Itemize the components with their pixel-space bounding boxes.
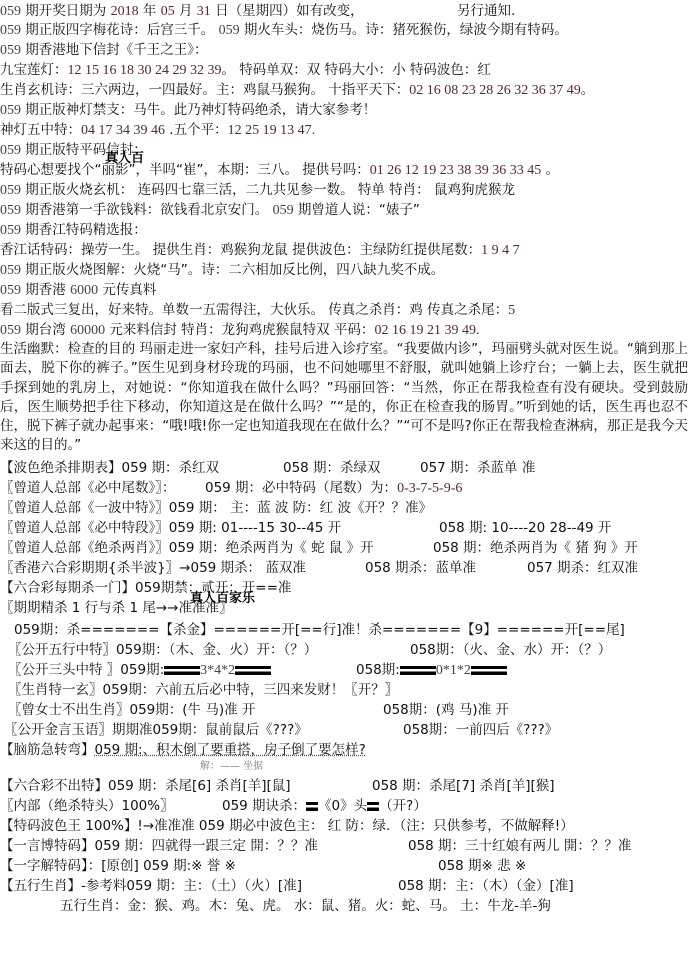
hk-fax-line: 059 期香港 6000 元传真料 bbox=[0, 281, 156, 299]
fax-detail-line: 看二版式三复出，好来特。单数一五需得注，大伙乐。 传真之杀肖：鸡 传真之杀尾：5 bbox=[0, 301, 515, 319]
section-zodiac-mystery: 〖生肖特一玄〗059期：六前五后必中特，三四来发财！〖开？〗 bbox=[8, 681, 398, 699]
section-five-element-zodiac: 【五行生肖】-参考料059 期：主：（土）（火）[准] bbox=[0, 877, 302, 895]
draw-date-line: 059 期开奖日期为 2018 年 05 月 31 日（星期四）如有改变， bbox=[0, 2, 364, 20]
entry-059: [原创] 059 期:※ 誉 ※ bbox=[101, 858, 236, 874]
section-golden-words: 〖公开金言玉语〗期期准059期：鼠前鼠后《???》 bbox=[4, 721, 308, 739]
bar-icon bbox=[400, 666, 412, 675]
entry-059: 059 期：杀红双 bbox=[122, 460, 220, 476]
day: 31 bbox=[197, 4, 211, 19]
entry-058: 058期：一前四后《???》 bbox=[403, 721, 558, 739]
section-title: 【一言博特码】 bbox=[0, 838, 95, 854]
entry-058: 058 期※ 悲 ※ bbox=[438, 857, 526, 875]
text: 期正版火烧玄机： 连码四七靠三活，二九共见参一数。 特单 特肖： 鼠鸡狗虎猴龙 bbox=[21, 182, 515, 198]
zodiac-poem-line: 生肖玄机诗：三六两边，一四最好。主：鸡鼠马猴狗。 十指平天下：02 16 08 … bbox=[0, 81, 594, 99]
taiwan-line: 059 期台湾 60000 元来料信封 特肖：龙狗鸡虎猴鼠特双 平码：02 16… bbox=[0, 321, 479, 339]
text: 日（星期四）如有改变， bbox=[211, 3, 364, 19]
section-ms-zeng: 〖曾女士不出生肖〗059期：(牛 马)准 开 bbox=[8, 701, 255, 719]
xiangjiang-detail-line: 香江话特码：操劳一生。 提供生肖：鸡猴狗龙鼠 提供波色：主绿防红提供尾数：1 9… bbox=[0, 241, 520, 259]
entry-058: 058 期：主：（木）（金）[准] bbox=[398, 877, 574, 895]
numbers: 04 17 34 39 46 bbox=[81, 123, 165, 138]
issue-number: 059 bbox=[0, 23, 21, 38]
teaser-answer: 解：—— 坐据 bbox=[200, 762, 263, 772]
text: 。 bbox=[581, 82, 595, 98]
section-kill-element-tail: 〖期期精杀 1 行与杀 1 尾→→准准准〗 bbox=[0, 599, 232, 617]
numbers: 12 15 16 18 30 24 29 32 39 bbox=[68, 63, 222, 78]
text: 年 bbox=[139, 3, 161, 19]
entry-059: →准准准 059 期必中波色主： 红 防：绿．（注：只供参考，不做解释!） bbox=[143, 818, 574, 834]
three-heads-058: 058期:0*1*2 bbox=[356, 661, 507, 679]
numbers: 0-3-7-5-9-6 bbox=[397, 481, 462, 496]
section-title: 〖香港六合彩期期{杀半波}〗→ bbox=[0, 560, 191, 576]
section-one-word-special: 【一言博特码】059 期：四就得一跟三定 開：？？准 bbox=[0, 837, 318, 855]
section-one-char: 【一字解特码】：[原创] 059 期:※ 誉 ※ bbox=[0, 857, 236, 875]
five-element-reference: 五行生肖：金：猴、鸡。木：兔、虎。 水：鼠、猪。火：蛇、马。 土：牛龙-羊-狗 bbox=[60, 897, 551, 915]
issue-number: 059 bbox=[0, 43, 21, 58]
lottery-document: 059 期开奖日期为 2018 年 05 月 31 日（星期四）如有改变， 另行… bbox=[0, 0, 688, 955]
issue-number: 059 bbox=[273, 203, 294, 218]
text: 月 bbox=[175, 3, 197, 19]
entry-057: 057 期：杀蓝单 准 bbox=[420, 459, 535, 477]
section-title: 〖公开五行中特〗 bbox=[8, 642, 116, 658]
year: 2018 bbox=[111, 4, 139, 19]
issue-number: 059 bbox=[0, 183, 21, 198]
entry-058: 058 期杀：蓝单准 bbox=[365, 559, 476, 577]
value: 0*1*2 bbox=[436, 663, 471, 678]
section-brain-teaser: 【脑筋急转弯】059 期:、积木倒了要重搭，房子倒了要怎样? bbox=[0, 741, 366, 759]
tail-number-entry: 059 期：必中特码（尾数）为：0-3-7-5-9-6 bbox=[205, 479, 462, 497]
numbers: 6000 bbox=[70, 283, 98, 298]
label: 九宝莲灯： bbox=[0, 62, 68, 78]
lamp-five-line: 神灯五中特：04 17 34 39 46 .五个平：12 25 19 13 47… bbox=[0, 121, 315, 139]
section-no-special: 【六合彩不出特】059 期：杀尾[6] 杀肖[羊][鼠] bbox=[0, 777, 291, 795]
section-three-heads: 〖公开三头中特 〗059期:3*4*2 bbox=[8, 661, 271, 679]
entry-059: 059期：（木、金、火）开：（？） bbox=[116, 642, 317, 658]
label: 神灯五中特： bbox=[0, 122, 81, 138]
bar-icon bbox=[164, 666, 176, 675]
numbers: 60000 bbox=[70, 323, 105, 338]
issue-number: 059 bbox=[0, 323, 21, 338]
value: 3*4*2 bbox=[200, 663, 235, 678]
section-tail-number: 〖曾道人总部《必中尾数》〗： bbox=[0, 479, 176, 497]
notice-tail: 另行通知. bbox=[457, 2, 515, 20]
numbers: 02 16 19 21 39 49. bbox=[374, 323, 479, 338]
special-code-line: 特码心想要找个“丽影”，半吗“崔”，本期：三八。 提供号吗：01 26 12 1… bbox=[0, 161, 559, 179]
bar-icon bbox=[495, 666, 507, 675]
section-title: 〖内部（绝杀特头）100%〗 bbox=[0, 798, 174, 814]
entry-059: 059 期： 主：蓝 波 防：红 波《开？？准》 bbox=[169, 500, 432, 516]
text: 期正版神灯禁支：马牛。此乃神灯特码绝杀，请大家参考！ bbox=[21, 102, 376, 118]
entry-059-label: 059期: bbox=[120, 662, 164, 678]
section-wave-kill: 【波色绝杀排期表】059 期：杀红双 bbox=[0, 459, 219, 477]
section-title: 【脑筋急转弯】 bbox=[0, 742, 95, 758]
text: 期台湾 bbox=[21, 322, 70, 338]
issue-number: 059 bbox=[219, 23, 240, 38]
text: 期开奖日期为 bbox=[21, 3, 111, 19]
entry-058: 058期：（火、金、水）开：（？） bbox=[410, 641, 611, 659]
numbers: 1 9 4 7 bbox=[481, 243, 520, 258]
xiangjiang-line: 059 期香江特码精选报： bbox=[0, 221, 147, 239]
section-half-wave: 〖香港六合彩期期{杀半波}〗→059 期杀： 蓝双准 bbox=[0, 559, 306, 577]
text: 期香港地下信封《千王之王》： bbox=[21, 42, 208, 58]
text: 元来料信封 特肖：龙狗鸡虎猴鼠特双 平码： bbox=[105, 322, 374, 338]
entry-058: 058期：(鸡 马)准 开 bbox=[383, 701, 509, 719]
month: 05 bbox=[161, 4, 175, 19]
section-title: 【六合彩不出特】 bbox=[0, 778, 108, 794]
section-title: 〖生肖特一玄〗 bbox=[8, 682, 103, 698]
internal-kill-entry: 059 期诀杀：《0》头（开?） bbox=[222, 797, 427, 815]
section-title: 【六合彩每期杀一门】 bbox=[0, 580, 135, 596]
text: 期香港 bbox=[21, 282, 70, 298]
text: 。 bbox=[541, 162, 559, 178]
section-title: 〖曾女士不出生肖〗 bbox=[8, 702, 130, 718]
first-hand-line: 059 期香港第一手欲钱料：欲钱看北京安门。 059 期曾道人说：“婊子” bbox=[0, 201, 420, 219]
section-wave-king: 【特码波色王 100%】!→准准准 059 期必中波色主： 红 防：绿．（注：只… bbox=[0, 817, 574, 835]
lamp-ban-line: 059 期正版神灯禁支：马牛。此乃神灯特码绝杀，请大家参考！ bbox=[0, 101, 376, 119]
text: 元传真料 bbox=[98, 282, 156, 298]
bar-icon bbox=[483, 666, 495, 675]
text: 期火车头：烧伤马。诗：猪死猴伤，绿波今期有特码。 bbox=[240, 22, 568, 38]
issue-number: 059 bbox=[0, 203, 21, 218]
issue-number: 059 bbox=[0, 223, 21, 238]
text: 期曾道人说：“婊子” bbox=[294, 202, 420, 218]
entry-058: 058 期：三十红娘有两儿 開：？？准 bbox=[408, 837, 631, 855]
text: 香江话特码：操劳一生。 提供生肖：鸡猴狗龙鼠 提供波色：主绿防红提供尾数： bbox=[0, 242, 481, 258]
text: 期正版四字梅花诗：后宫三千。 bbox=[21, 22, 214, 38]
entry-059: 059 期：四就得一跟三定 開：？？准 bbox=[95, 838, 318, 854]
bar-icon bbox=[367, 802, 379, 811]
bar-icon bbox=[412, 666, 424, 675]
text: .五个平： bbox=[165, 122, 228, 138]
issue-number: 059 bbox=[0, 4, 21, 19]
entry-059: 059 期：绝杀两肖为《 蛇 鼠 》开 bbox=[169, 540, 374, 556]
text: 。 特码单双：双 特码大小：小 特码波色：红 bbox=[222, 62, 491, 78]
text: 期香江特码精选报： bbox=[21, 222, 147, 238]
entry-059: 059期：(牛 马)准 开 bbox=[130, 702, 256, 718]
humor-story: 生活幽默：检查的目的 玛丽走进一家妇产科，挂号后进入诊疗室。“我要做内诊”，玛丽… bbox=[0, 340, 688, 456]
entry-058-label: 058期: bbox=[356, 662, 400, 678]
numbers: 12 25 19 13 47. bbox=[228, 123, 316, 138]
entry-058: 058 期：杀尾[7] 杀肖[羊][猴] bbox=[372, 777, 555, 795]
entry-058: 058 期: 10----20 28--49 开 bbox=[439, 519, 611, 537]
entry-059: 059 期：主：（土）（火）[准] bbox=[126, 878, 302, 894]
fire-diagram-line: 059 期正版火烧图解：火烧“马”。诗：二六相加反比例，四八缺九奖不成。 bbox=[0, 261, 444, 279]
section-kill-two-zodiac: 〖曾道人总部《绝杀两肖》〗059 期：绝杀两肖为《 蛇 鼠 》开 bbox=[0, 539, 374, 557]
text: 特码心想要找个“丽影”，半吗“崔”，本期：三八。 提供号吗： bbox=[0, 162, 370, 178]
entry-059: 059期：六前五后必中特，三四来发财！〖开？〗 bbox=[103, 682, 399, 698]
section-title: 【一字解特码】： bbox=[0, 858, 101, 874]
section-title: 〖公开金言玉语〗期期准 bbox=[4, 722, 153, 738]
entry-059: 059 期杀： 蓝双准 bbox=[191, 560, 306, 576]
entry-059: 059期：鼠前鼠后《???》 bbox=[153, 722, 308, 738]
issue-number: 059 bbox=[0, 283, 21, 298]
issue-number: 059 bbox=[0, 103, 21, 118]
section-five-elements: 〖公开五行中特〗059期：（木、金、火）开：（？） bbox=[8, 641, 317, 659]
text: 期香港第一手欲钱料：欲钱看北京安门。 bbox=[21, 202, 268, 218]
label: 059 期诀杀： bbox=[222, 798, 306, 814]
section-special-range: 〖曾道人总部《必中特段》〗059 期: 01----15 30--45 开 bbox=[0, 519, 341, 537]
bar-icon bbox=[247, 666, 259, 675]
bar-icon bbox=[235, 666, 247, 675]
text: 期正版火烧图解：火烧“马”。诗：二六相加反比例，四八缺九奖不成。 bbox=[21, 262, 444, 278]
text: 看二版式三复出，好来特。单数一五需得注，大伙乐。 传真之杀肖：鸡 传真之杀尾： bbox=[0, 302, 508, 318]
numbers: 5 bbox=[508, 303, 515, 318]
entry-059: 059 期：杀尾[6] 杀肖[羊][鼠] bbox=[108, 778, 291, 794]
entry-058: 058 期：绝杀两肖为《 猪 狗 》开 bbox=[433, 539, 638, 557]
entry-059: 059 期: 01----15 30--45 开 bbox=[169, 520, 341, 536]
section-internal-kill: 〖内部（绝杀特头）100%〗 bbox=[0, 797, 174, 815]
issue-number: 059 bbox=[0, 263, 21, 278]
section-title: 〖曾道人总部《一波中特》〗 bbox=[0, 500, 169, 516]
section-one-wave: 〖曾道人总部《一波中特》〗059 期： 主：蓝 波 防：红 波《开？？准》 bbox=[0, 499, 432, 517]
value: 《0》头 bbox=[318, 798, 367, 814]
fire-mystery-line: 059 期正版火烧玄机： 连码四七靠三活，二九共见参一数。 特单 特肖： 鼠鸡狗… bbox=[0, 181, 515, 199]
label: 生肖玄机诗：三六两边，一四最好。主：鸡鼠马猴狗。 十指平天下： bbox=[0, 82, 409, 98]
bar-icon bbox=[188, 666, 200, 675]
hk-envelope-line: 059 期香港地下信封《千王之王》： bbox=[0, 41, 208, 59]
issue-number: 059 bbox=[0, 143, 21, 158]
section-title: 〖公开三头中特 〗 bbox=[8, 662, 120, 678]
entry-057: 057 期杀：红双准 bbox=[527, 559, 638, 577]
bar-icon bbox=[471, 666, 483, 675]
section-title: 〖曾道人总部《绝杀两肖》〗 bbox=[0, 540, 169, 556]
bar-icon bbox=[424, 666, 436, 675]
numbers: 02 16 08 23 28 26 32 36 37 49 bbox=[409, 83, 581, 98]
bar-icon bbox=[259, 666, 271, 675]
section-title: 【波色绝杀排期表】 bbox=[0, 460, 122, 476]
bar-icon bbox=[176, 666, 188, 675]
kill-element-entry: 059期：杀=======【杀金】======开[==行]准！杀=======【… bbox=[14, 621, 625, 639]
plum-poem-line: 059 期正版四字梅花诗：后宫三千。 059 期火车头：烧伤马。诗：猪死猴伤，绿… bbox=[0, 21, 568, 39]
section-title: 【五行生肖】-参考料 bbox=[0, 878, 126, 894]
section-title: 【特码波色王 100%】! bbox=[0, 818, 143, 834]
entry-059: 059 期：必中特码（尾数）为： bbox=[205, 480, 397, 496]
section-title: 〖曾道人总部《必中尾数》〗： bbox=[0, 480, 176, 496]
nine-lamp-line: 九宝莲灯：12 15 16 18 30 24 29 32 39。 特码单双：双 … bbox=[0, 61, 491, 79]
numbers: 01 26 12 19 23 38 39 36 33 45 bbox=[370, 163, 542, 178]
section-title: 〖曾道人总部《必中特段》〗 bbox=[0, 520, 169, 536]
bar-icon bbox=[306, 802, 318, 811]
entry-059: 059 期:、积木倒了要重搭，房子倒了要怎样? bbox=[95, 742, 366, 758]
entry-058: 058 期：杀绿双 bbox=[283, 459, 381, 477]
text: （开?） bbox=[379, 798, 427, 814]
